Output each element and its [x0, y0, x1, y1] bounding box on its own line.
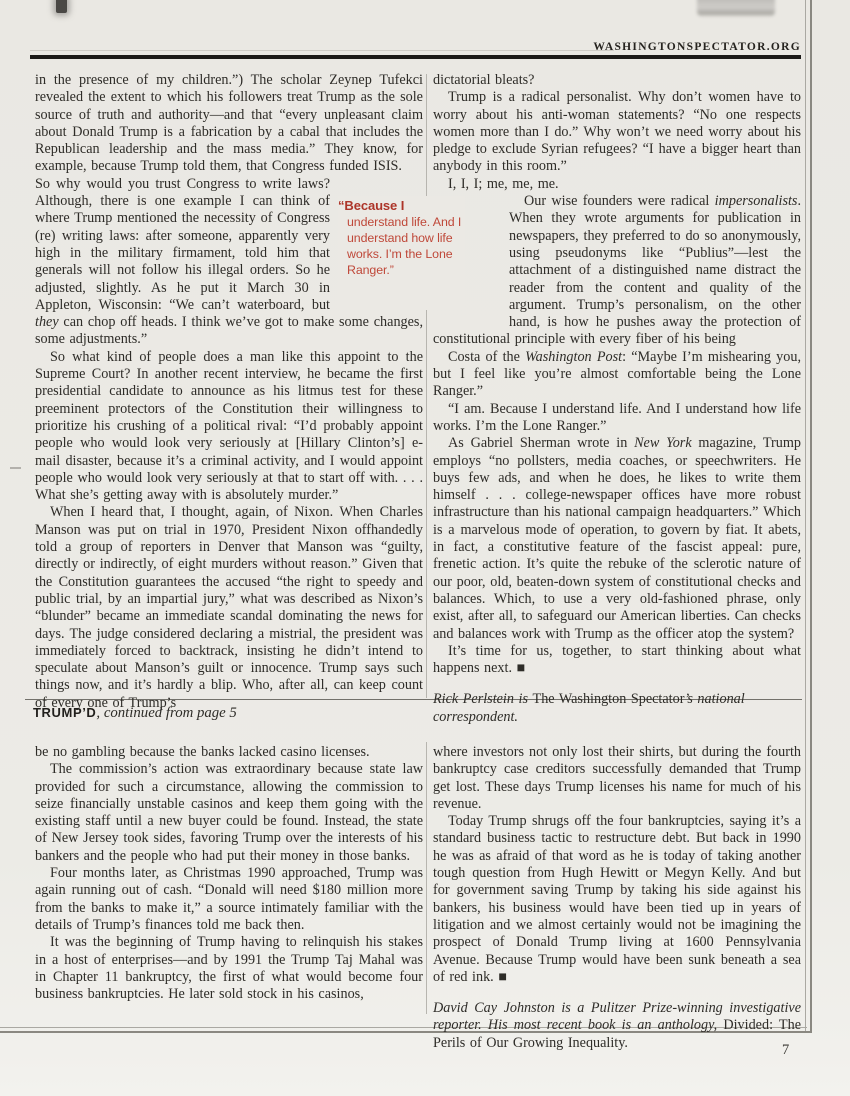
- text-segment: So why would you trust Congress to write…: [35, 176, 330, 313]
- site-url: WASHINGTONSPECTATOR.ORG: [593, 41, 801, 53]
- page-number: 7: [782, 1042, 789, 1059]
- author-byline: Rick Perlstein is The Washington Spectat…: [433, 691, 801, 726]
- header-hairline: [30, 50, 614, 51]
- continued-left-column: be no gambling because the banks lacked …: [35, 744, 423, 1003]
- text-segment: As Gabriel Sherman wrote in: [448, 435, 634, 451]
- masthead-rule: [30, 55, 801, 59]
- paragraph: Four months later, as Christmas 1990 app…: [35, 865, 423, 934]
- paragraph: Today Trump shrugs off the four bankrupt…: [433, 813, 801, 986]
- paragraph: in the presence of my children.”) The sc…: [35, 72, 423, 176]
- text-segment: The Washington Spectator: [533, 691, 685, 707]
- text-segment-italic: impersonalists: [715, 193, 798, 209]
- paragraph: where investors not only lost their shir…: [433, 744, 801, 813]
- column-divider-bottom: [426, 742, 427, 1014]
- paragraph: Trump is a radical personalist. Why don’…: [433, 89, 801, 175]
- pull-quote-body: understand life. And I understand how li…: [347, 215, 461, 277]
- scan-shadow-artifact: [697, 0, 775, 17]
- paragraph: So what kind of people does a man like t…: [35, 349, 423, 505]
- scan-dash-artifact: [10, 467, 21, 469]
- text-segment: Costa of the: [448, 349, 525, 365]
- text-segment-italic: Washington Post: [525, 349, 622, 365]
- text-segment-italic: they: [35, 314, 59, 330]
- text-segment: Our wise founders were radical: [524, 193, 715, 209]
- paragraph: Our wise founders were radical impersona…: [433, 193, 801, 349]
- paragraph: It’s time for us, together, to start thi…: [433, 643, 801, 678]
- pull-quote: “Because I understand life. And I unders…: [338, 196, 465, 310]
- pull-quote-lead: “Because I: [338, 198, 404, 213]
- text-segment: can chop off heads. I think we’ve got to…: [35, 314, 423, 347]
- paragraph: Costa of the Washington Post: “Maybe I’m…: [433, 349, 801, 401]
- column-divider-top: [426, 74, 427, 698]
- text-segment-italic: New York: [634, 435, 692, 451]
- text-segment: magazine, Trump employs “no pollsters, m…: [433, 435, 801, 641]
- text-segment-italic: Rick Perlstein is: [433, 691, 533, 707]
- section-header: TRUMP’D, continued from page 5: [33, 704, 237, 722]
- article-right-column: dictatorial bleats? Trump is a radical p…: [433, 72, 801, 726]
- page-frame-right-outer: [810, 0, 812, 1033]
- section-subtitle: , continued from page 5: [96, 705, 236, 721]
- paragraph: It was the beginning of Trump having to …: [35, 934, 423, 1003]
- paragraph: I, I, I; me, me, me.: [433, 176, 801, 193]
- author-byline: David Cay Johnston is a Pulitzer Prize-w…: [433, 1000, 801, 1052]
- paragraph: When I heard that, I thought, again, of …: [35, 504, 423, 712]
- page-frame-right-inner: [805, 0, 806, 1033]
- paragraph: be no gambling because the banks lacked …: [35, 744, 423, 761]
- continued-right-column: where investors not only lost their shir…: [433, 744, 801, 1052]
- paragraph: The commission’s action was extraordinar…: [35, 761, 423, 865]
- paragraph: “I am. Because I understand life. And I …: [433, 401, 801, 436]
- paragraph: As Gabriel Sherman wrote in New York mag…: [433, 435, 801, 643]
- section-title: TRUMP’D: [33, 705, 96, 720]
- scan-smudge-artifact: [56, 0, 67, 13]
- article-left-column: in the presence of my children.”) The sc…: [35, 72, 423, 712]
- paragraph: dictatorial bleats?: [433, 72, 801, 89]
- magazine-page: WASHINGTONSPECTATOR.ORG in the presence …: [0, 0, 850, 1096]
